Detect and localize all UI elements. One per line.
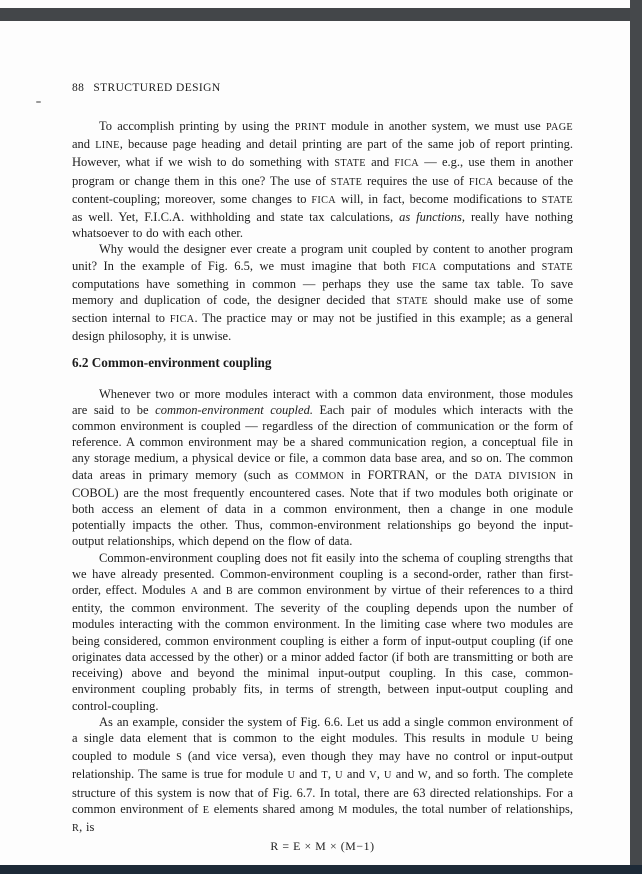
paragraph-common-env-strength: Common-environment coupling does not fit… — [72, 550, 573, 714]
scan-border-right — [630, 0, 642, 874]
section-heading: 6.2 Common-environment coupling — [72, 355, 573, 371]
relationships-formula: R = E × M × (M−1) — [72, 839, 573, 854]
page-number: 88 — [72, 82, 84, 94]
running-head: 88STRUCTURED DESIGN — [72, 82, 573, 94]
paragraph-common-env-example: As an example, consider the system of Fi… — [72, 714, 573, 837]
paragraph-content-coupling-why: Why would the designer ever create a pro… — [72, 241, 573, 344]
scan-border-top — [0, 8, 642, 21]
scanned-book-page: 88STRUCTURED DESIGN To accomplish printi… — [0, 0, 642, 874]
paragraph-content-coupling-print: To accomplish printing by using the PRIN… — [72, 118, 573, 241]
scan-speck — [36, 101, 41, 103]
running-title: STRUCTURED DESIGN — [93, 82, 220, 94]
page-content: 88STRUCTURED DESIGN To accomplish printi… — [72, 82, 573, 854]
paragraph-common-env-definition: Whenever two or more modules interact wi… — [72, 386, 573, 550]
scan-border-bottom — [0, 865, 642, 874]
